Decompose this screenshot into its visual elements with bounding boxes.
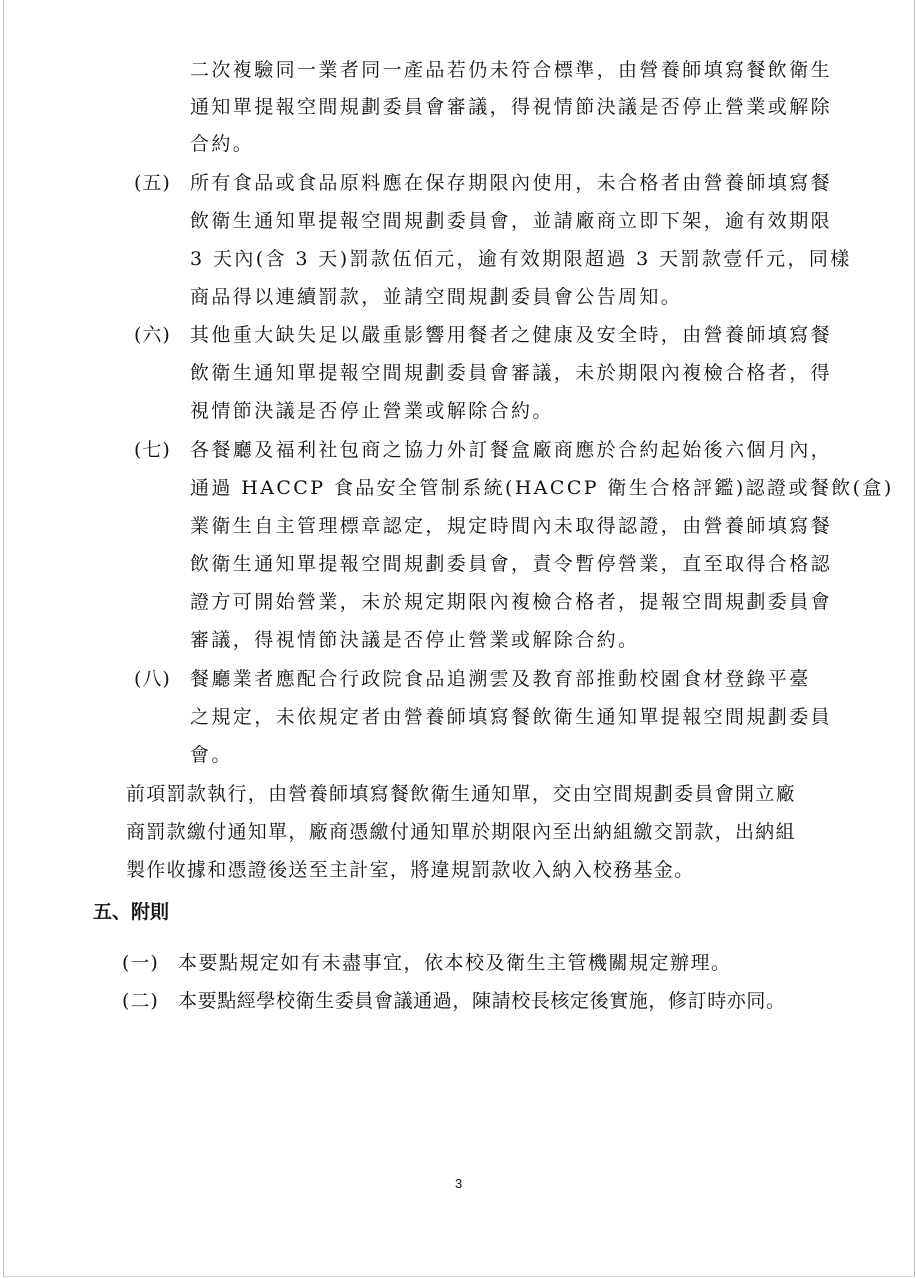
item-line: 視情節決議是否停止營業或解除合約。 (190, 400, 554, 422)
paragraph-line: 前項罰款執行，由營養師填寫餐飲衛生通知單，交由空間規劃委員會開立廠 (126, 783, 796, 805)
item-line: 飲衛生通知單提報空間規劃委員會，責令暫停營業，直至取得合格認 (190, 553, 832, 575)
section-item-text: 本要點規定如有未盡事宜，依本校及衛生主管機關規定辦理。 (178, 952, 732, 974)
item-line: 之規定，未依規定者由營養師填寫餐飲衛生通知單提報空間規劃委員 (190, 706, 832, 728)
continuation-line: 合約。 (190, 133, 254, 155)
paragraph-line: 製作收據和憑證後送至主計室，將違規罰款收入納入校務基金。 (126, 859, 694, 881)
section-item-label: (二) (122, 990, 159, 1012)
section-heading: 五、附則 (93, 901, 169, 923)
document-page: 二次複驗同一業者同一產品若仍未符合標準，由營養師填寫餐飲衛生 通知單提報空間規劃… (3, 0, 915, 1277)
item-line: 通過 HACCP 食品安全管制系統(HACCP 衛生合格評鑑)認證或餐飲(盒) (190, 477, 894, 499)
item-label: (五) (134, 172, 171, 194)
item-label: (七) (134, 439, 171, 461)
item-line: 3 天內(含 3 天)罰款伍佰元，逾有效期限超過 3 天罰款壹仟元，同樣 (190, 248, 852, 270)
section-item-text: 本要點經學校衛生委員會議通過，陳請校長核定後實施，修訂時亦同。 (178, 990, 786, 1012)
continuation-line: 二次複驗同一業者同一產品若仍未符合標準，由營養師填寫餐飲衛生 (190, 59, 832, 81)
item-line: 飲衛生通知單提報空間規劃委員會審議，未於期限內複檢合格者，得 (190, 362, 832, 384)
item-label: (六) (134, 324, 171, 346)
section-item-label: (一) (122, 952, 159, 974)
item-line: 所有食品或食品原料應在保存期限內使用，未合格者由營養師填寫餐 (190, 172, 832, 194)
item-line: 會。 (190, 744, 233, 766)
item-line: 審議，得視情節決議是否停止營業或解除合約。 (190, 629, 639, 651)
item-label: (八) (134, 668, 171, 690)
item-line: 其他重大缺失足以嚴重影響用餐者之健康及安全時，由營養師填寫餐 (190, 324, 832, 346)
page-number: 3 (455, 1177, 462, 1191)
continuation-line: 通知單提報空間規劃委員會審議，得視情節決議是否停止營業或解除 (190, 96, 832, 118)
item-line: 業衛生自主管理標章認定，規定時間內未取得認證，由營養師填寫餐 (190, 515, 832, 537)
item-line: 證方可開始營業，未於規定期限內複檢合格者，提報空間規劃委員會 (190, 591, 832, 613)
item-line: 餐廳業者應配合行政院食品追溯雲及教育部推動校園食材登錄平臺 (190, 668, 811, 690)
item-line: 飲衛生通知單提報空間規劃委員會，並請廠商立即下架，逾有效期限 (190, 210, 832, 232)
paragraph-line: 商罰款繳付通知單，廠商憑繳付通知單於期限內至出納組繳交罰款，出納組 (126, 821, 796, 843)
item-line: 商品得以連續罰款，並請空間規劃委員會公告周知。 (190, 286, 682, 308)
item-line: 各餐廳及福利社包商之協力外訂餐盒廠商應於合約起始後六個月內， (190, 439, 832, 461)
